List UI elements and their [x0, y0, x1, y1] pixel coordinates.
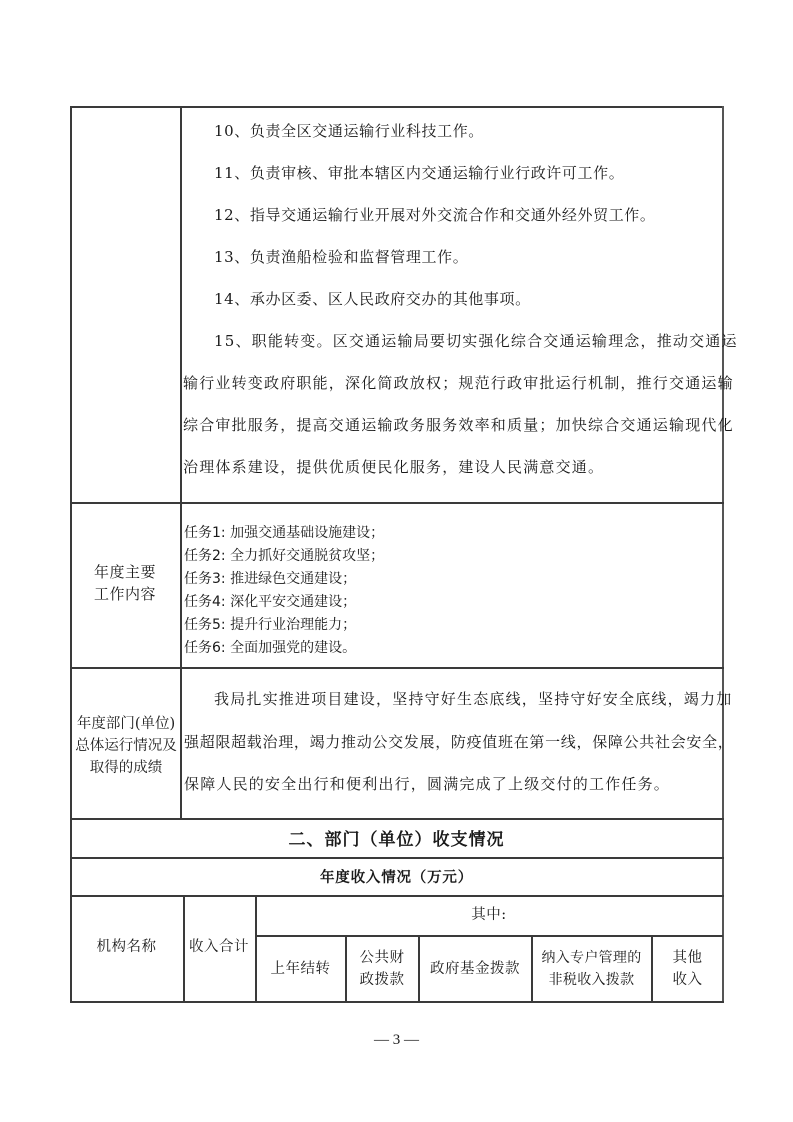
duty-item-15-line3: 综合审批服务，提高交通运输政务服务效率和质量；加快综合交通运输现代化 — [183, 414, 734, 435]
header-sub-col-4: 纳入专户管理的 非税收入拨款 — [532, 936, 651, 1001]
duty-item-13: 13、负责渔船检验和监督管理工作。 — [214, 246, 468, 267]
annual-work-label-line2: 工作内容 — [70, 583, 180, 605]
section-title: 二、部门（单位）收支情况 — [70, 818, 723, 857]
header-prior-year-line1: 上年结转 — [271, 958, 331, 980]
overall-label-line1: 年度部门(单位) — [70, 713, 182, 735]
header-sub-col-5: 其他 收入 — [652, 936, 723, 1001]
annual-work-label-line1: 年度主要 — [70, 561, 180, 583]
duty-item-12: 12、指导交通运输行业开展对外交流合作和交通外经外贸工作。 — [214, 204, 656, 225]
label-column-divider — [180, 106, 182, 818]
overall-text-line1: 我局扎实推进项目建设，坚持守好生态底线，坚持守好安全底线，竭力加 — [214, 688, 732, 709]
duty-item-15-line2: 输行业转变政府职能，深化简政放权；规范行政审批运行机制，推行交通运输 — [183, 372, 734, 393]
row-divider-2 — [70, 667, 724, 669]
task-item-4: 任务4: 深化平安交通建设； — [184, 591, 356, 611]
income-subtitle: 年度收入情况（万元） — [70, 857, 723, 895]
header-group-of-which: 其中: — [255, 895, 723, 935]
task-item-1: 任务1: 加强交通基础设施建设； — [184, 522, 384, 542]
overall-label-line2: 总体运行情况及 — [70, 735, 182, 757]
task-item-5: 任务5: 提升行业治理能力； — [184, 614, 356, 634]
row-divider-1 — [70, 502, 724, 504]
table-top-border — [70, 106, 724, 108]
overall-text-line3: 保障人民的安全出行和便利出行，圆满完成了上级交付的工作任务。 — [184, 773, 670, 794]
page-number: — 3 — — [0, 1032, 793, 1049]
overall-label-line3: 取得的成绩 — [70, 757, 182, 779]
overall-performance-label: 年度部门(单位) 总体运行情况及 取得的成绩 — [70, 713, 182, 779]
header-nontax-line2: 非税收入拨款 — [549, 969, 635, 991]
header-sub-col-3: 政府基金拨款 — [419, 936, 531, 1001]
header-other-income-line2: 收入 — [673, 969, 703, 991]
header-public-finance-line2: 政拨款 — [360, 969, 405, 991]
duty-item-10: 10、负责全区交通运输行业科技工作。 — [214, 120, 484, 141]
header-sub-col-2: 公共财 政拨款 — [346, 936, 418, 1001]
table-bottom-border — [70, 1001, 724, 1003]
header-public-finance-line1: 公共财 — [360, 947, 405, 969]
duty-item-14: 14、承办区委、区人民政府交办的其他事项。 — [214, 288, 531, 309]
header-org-name: 机构名称 — [70, 935, 183, 959]
header-income-total: 收入合计 — [183, 935, 255, 959]
duty-item-15-line1: 15、职能转变。区交通运输局要切实强化综合交通运输理念，推动交通运 — [214, 330, 738, 351]
header-other-income-line1: 其他 — [673, 947, 703, 969]
task-item-6: 任务6: 全面加强党的建设。 — [184, 637, 356, 657]
header-gov-fund-line1: 政府基金拨款 — [430, 958, 520, 980]
header-sub-col-1: 上年结转 — [256, 936, 345, 1001]
task-item-3: 任务3: 推进绿色交通建设； — [184, 568, 356, 588]
header-nontax-line1: 纳入专户管理的 — [541, 947, 641, 969]
task-item-2: 任务2: 全力抓好交通脱贫攻坚； — [184, 545, 384, 565]
overall-text-line2: 强超限超载治理，竭力推动公交发展，防疫值班在第一线，保障公共社会安全， — [184, 731, 734, 752]
duty-item-15-line4: 治理体系建设，提供优质便民化服务，建设人民满意交通。 — [183, 456, 604, 477]
duty-item-11: 11、负责审核、审批本辖区内交通运输行业行政许可工作。 — [214, 162, 624, 183]
annual-work-label: 年度主要 工作内容 — [70, 561, 180, 605]
